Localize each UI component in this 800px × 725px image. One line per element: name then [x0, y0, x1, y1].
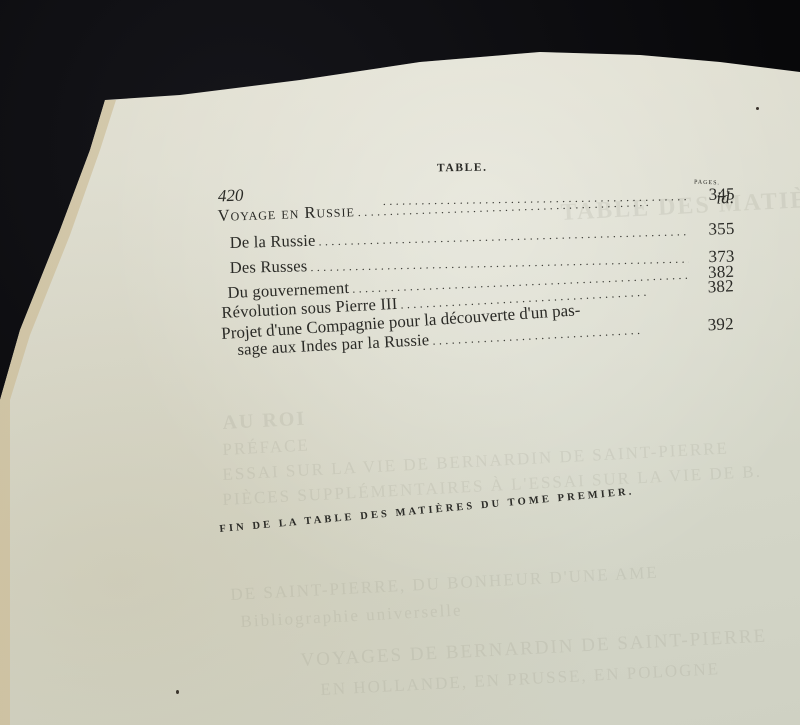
toc-entry-page: 392 — [693, 314, 734, 336]
page-content: TABLE. 420 PAGES. ......................… — [0, 0, 800, 725]
toc-entry-page: id. — [694, 188, 735, 209]
running-head: TABLE. — [437, 162, 488, 175]
toc-entry-page: 355 — [694, 219, 735, 240]
toc-entry-title: Voyage en Russie — [217, 201, 355, 226]
closing-line: FIN DE LA TABLE DES MATIÈRES DU TOME PRE… — [219, 486, 635, 535]
toc-entry-title: Des Russes — [230, 256, 308, 278]
leader-dots: ........................................… — [318, 224, 688, 249]
toc-entry-title: De la Russie — [229, 231, 315, 253]
photo-scene: TABLE DES MATIÈRES AU ROI PRÉFACE ESSAI … — [0, 0, 800, 725]
paper-speck — [176, 690, 179, 694]
page-number: 420 — [218, 186, 244, 207]
toc-entry-page: 382 — [693, 276, 734, 298]
paper-speck — [756, 107, 759, 110]
